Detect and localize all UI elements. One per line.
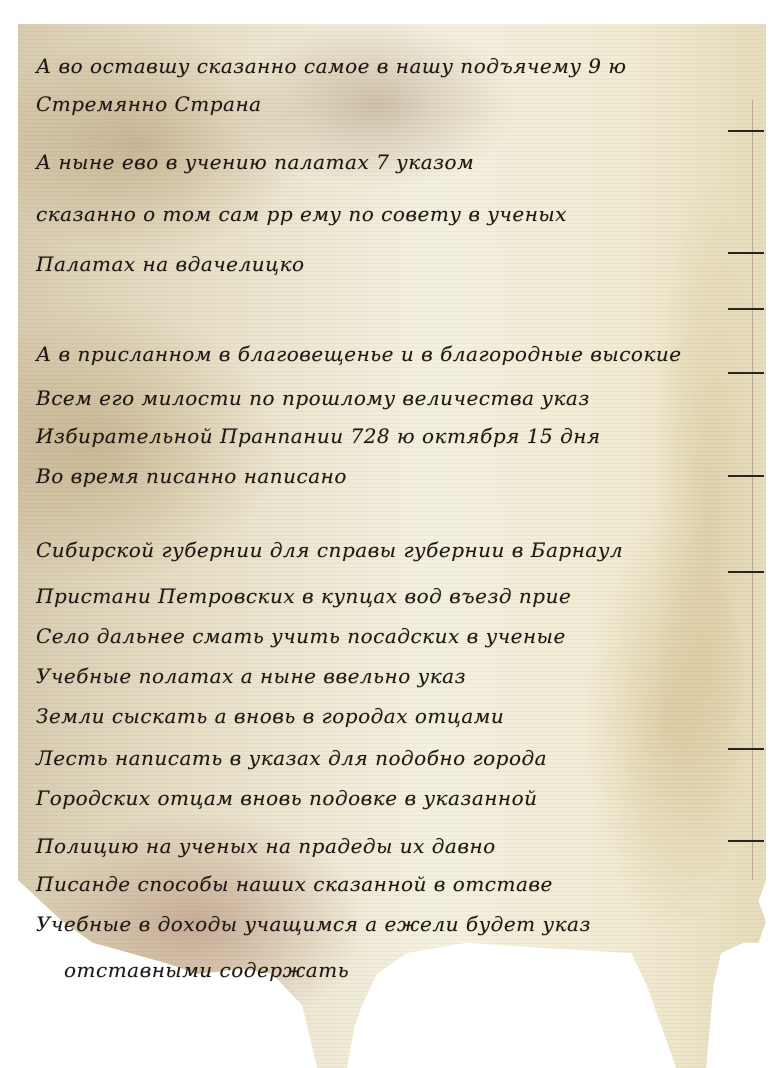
manuscript-line: Палатах на вдачелицко (36, 252, 305, 276)
manuscript-line: А во оставшу сказанно самое в нашу подъя… (36, 54, 626, 78)
manuscript-line: Лесть написать в указах для подобно горо… (36, 746, 547, 770)
manuscript-line: А ныне ево в учению палатах 7 указом (36, 150, 474, 174)
manuscript-line: Село дальнее смать учить посадских в уче… (36, 624, 566, 648)
manuscript-line: отставными содержать (64, 958, 349, 982)
manuscript-line: Учебные в доходы учащимся а ежели будет … (36, 912, 591, 936)
manuscript-line: Полицию на ученых на прадеды их давно (36, 834, 496, 858)
right-margin-rule (752, 100, 767, 880)
manuscript-line: Избирательной Пранпании 728 ю октября 15… (36, 424, 601, 448)
manuscript-line: Учебные полатах а ныне ввельно указ (36, 664, 466, 688)
margin-tick (728, 475, 764, 477)
manuscript-line: Стремянно Страна (36, 92, 262, 116)
manuscript-line: Городских отцам вновь подовке в указанно… (36, 786, 538, 810)
manuscript-line: Пристани Петровских в купцах вод въезд п… (36, 584, 571, 608)
manuscript-line: сказанно о том сам рр ему по совету в уч… (36, 202, 567, 226)
manuscript-line: Во время писанно написано (36, 464, 347, 488)
manuscript-line: Земли сыскать а вновь в городах отцами (36, 704, 504, 728)
margin-tick (728, 571, 764, 573)
margin-tick (728, 372, 764, 374)
margin-tick (728, 252, 764, 254)
margin-tick (728, 840, 764, 842)
manuscript-scan: А во оставшу сказанно самое в нашу подъя… (0, 0, 780, 1068)
margin-tick (728, 308, 764, 310)
margin-tick (728, 130, 764, 132)
manuscript-line: Всем его милости по прошлому величества … (36, 386, 590, 410)
margin-tick (728, 748, 764, 750)
manuscript-line: А в присланном в благовещенье и в благор… (36, 342, 682, 366)
manuscript-line: Писанде способы наших сказанной в отстав… (36, 872, 553, 896)
manuscript-line: Сибирской губернии для справы губернии в… (36, 538, 623, 562)
